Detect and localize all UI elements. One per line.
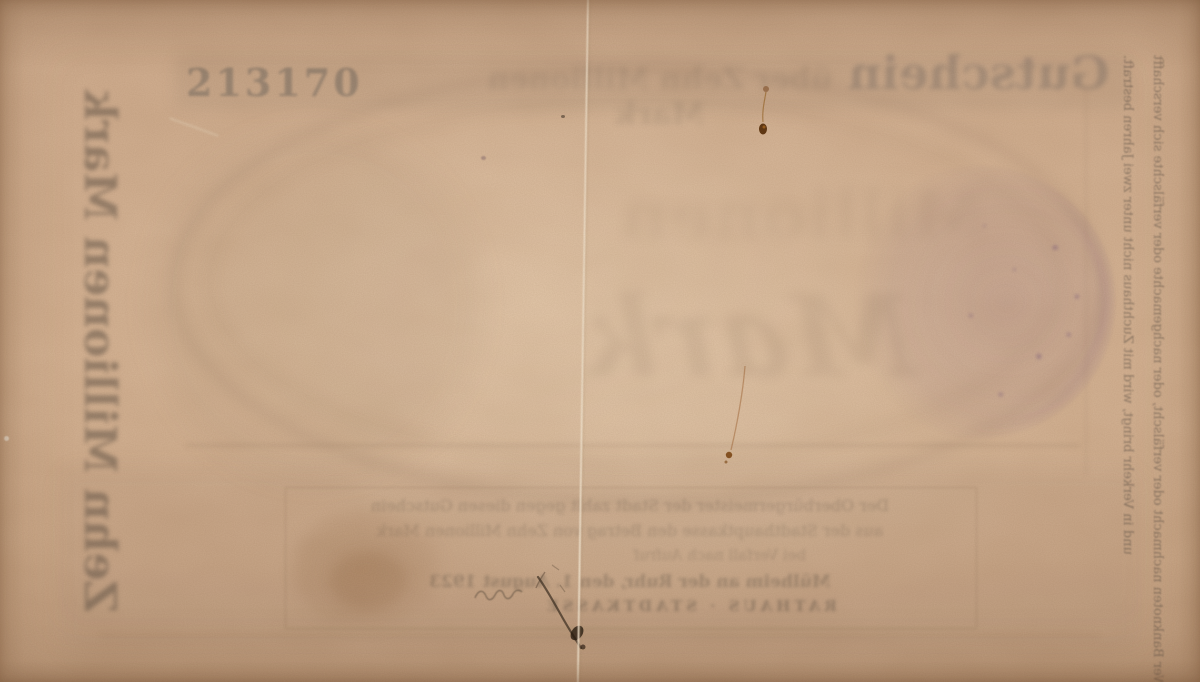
serial-number-showthrough: 213170: [186, 60, 346, 105]
stamp-line: aus der Stadthauptkasse den Betrag von Z…: [295, 521, 965, 540]
vertical-fold-crease: [577, 0, 589, 682]
gutschein-word-showthrough: Gutschein: [848, 46, 1080, 100]
value-word-showthrough: Mark: [548, 272, 948, 403]
violet-seal-showthrough: [843, 166, 1115, 438]
header-band-text-showthrough: über Zehn Millionen Mark: [450, 62, 870, 132]
warning-line-1: Wer Banknoten nachmacht oder verfälscht,…: [1142, 55, 1172, 682]
value-word-faint-showthrough: Millionen: [620, 176, 980, 256]
brown-smudge-core: [330, 552, 406, 610]
stamp-line: RATHAUS · STADTKASSE: [295, 597, 965, 615]
banknote-reverse-scan: Millionen Mark 213170 über Zehn Millione…: [0, 0, 1200, 682]
faint-horizontal-rule: [185, 444, 1080, 447]
rust-fleck-top: [745, 75, 790, 140]
guilloche-oval-inner-showthrough: [205, 96, 1063, 466]
light-speck-edge: [4, 436, 9, 441]
light-scratch: [169, 117, 219, 137]
brown-smudge-stain: [292, 505, 444, 631]
right-warning-text-showthrough: Wer Banknoten nachmacht oder verfälscht,…: [1108, 55, 1172, 625]
stamp-line: bei Verfall nach Aufruf: [295, 546, 965, 564]
violet-speck: [481, 156, 486, 160]
stamp-line: Der Oberbürgermeister der Stadt zahlt ge…: [295, 496, 965, 515]
stamp-line: Mülheim an der Ruhr, den 1. August 1923: [295, 572, 965, 592]
rust-fleck-center: [720, 360, 755, 470]
faint-vertical-rule: [1085, 85, 1087, 475]
edge-vignette: [0, 0, 1200, 682]
dark-speck: [561, 115, 565, 118]
paper-background: [0, 0, 1200, 682]
left-showthrough-blob: [150, 130, 480, 480]
guilloche-oval-showthrough: [168, 62, 1109, 508]
violet-seal-arc: [833, 152, 1134, 455]
bottom-showthrough-band: [60, 468, 1140, 656]
signature-scrawl-showthrough: [470, 583, 530, 605]
left-denomination-showthrough: Zehn Millionen Mark: [69, 62, 125, 640]
faint-lower-rule: [100, 634, 1100, 638]
pen-scratch-mark: [520, 555, 610, 665]
warning-line-2: und in Verkehr bringt, wird mit Zuchthau…: [1112, 55, 1142, 555]
stamp-box-showthrough: [285, 487, 977, 629]
top-showthrough-band: [175, 54, 1130, 110]
stamp-box-text-showthrough: Der Oberbürgermeister der Stadt zahlt ge…: [295, 492, 965, 615]
paper-grain-texture: [0, 0, 1200, 682]
